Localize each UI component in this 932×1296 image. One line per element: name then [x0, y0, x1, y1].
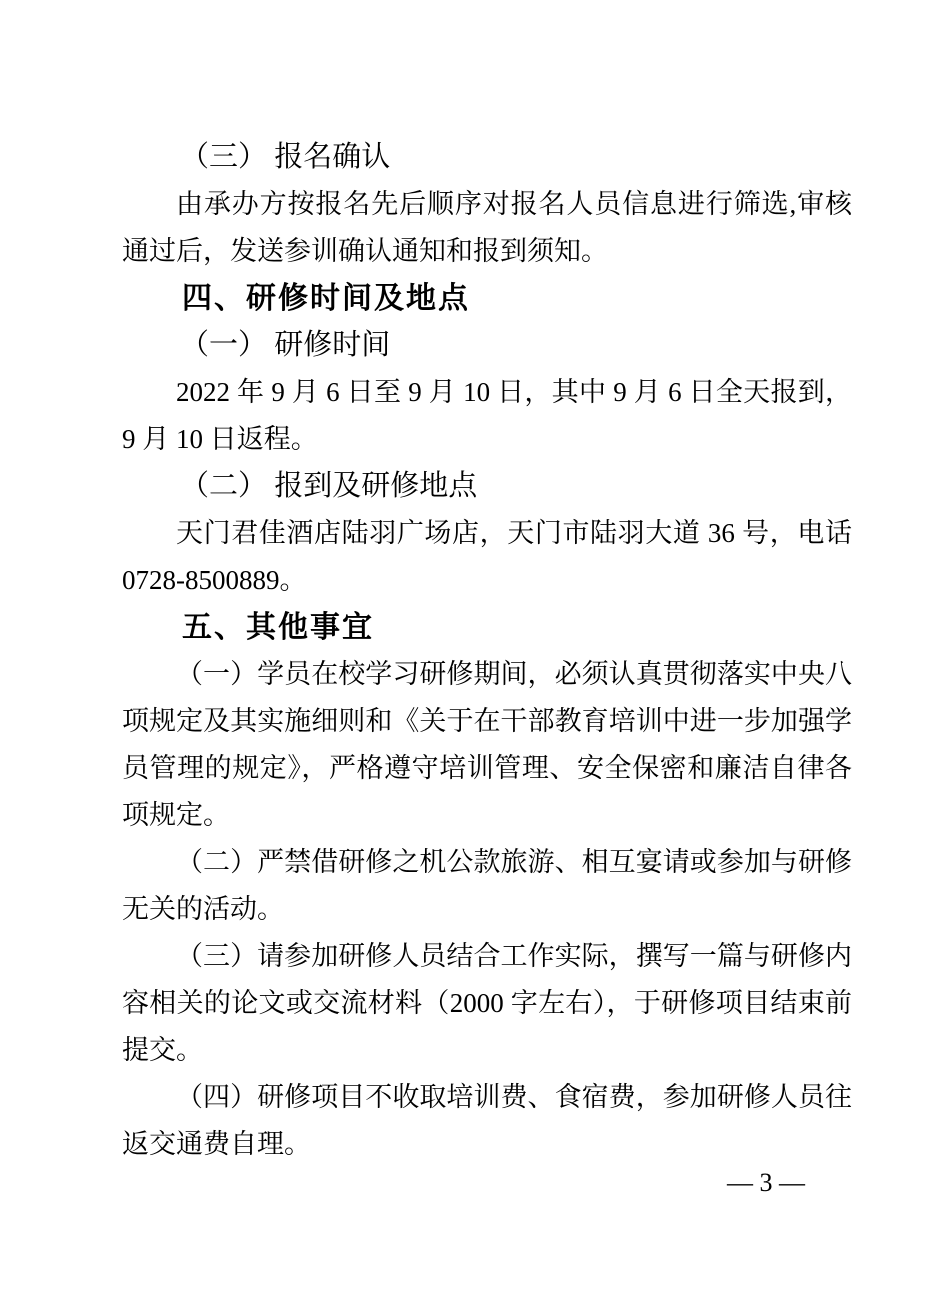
document-body: （三） 报名确认由承办方按报名先后顺序对报名人员信息进行筛选,审核通过后，发送参… — [122, 134, 852, 1168]
section-heading-5-other-matters: 五、其他事宜 — [122, 604, 852, 651]
body-paragraph-signup-confirm: 由承办方按报名先后顺序对报名人员信息进行筛选,审核通过后，发送参训确认通知和报到… — [122, 181, 852, 275]
subsection-heading-3-signup-confirm: （三） 报名确认 — [122, 134, 852, 181]
page-footer: — 3 — — [727, 1168, 805, 1198]
body-paragraph-other-4: （四）研修项目不收取培训费、食宿费，参加研修人员往返交通费自理。 — [122, 1074, 852, 1168]
body-paragraph-other-1: （一）学员在校学习研修期间，必须认真贯彻落实中央八项规定及其实施细则和《关于在干… — [122, 651, 852, 839]
page-number: — 3 — — [727, 1168, 805, 1197]
body-paragraph-time: 2022 年 9 月 6 日至 9 月 10 日，其中 9 月 6 日全天报到，… — [122, 369, 852, 463]
body-paragraph-other-2: （二）严禁借研修之机公款旅游、相互宴请或参加与研修无关的活动。 — [122, 839, 852, 933]
subsection-heading-2-place: （二） 报到及研修地点 — [122, 463, 852, 510]
body-paragraph-other-3: （三）请参加研修人员结合工作实际，撰写一篇与研修内容相关的论文或交流材料（200… — [122, 933, 852, 1074]
subsection-heading-1-time: （一） 研修时间 — [122, 322, 852, 369]
document-page: （三） 报名确认由承办方按报名先后顺序对报名人员信息进行筛选,审核通过后，发送参… — [0, 0, 932, 1296]
body-paragraph-place: 天门君佳酒店陆羽广场店，天门市陆羽大道 36 号，电话 0728-8500889… — [122, 510, 852, 604]
section-heading-4-time-place: 四、研修时间及地点 — [122, 275, 852, 322]
